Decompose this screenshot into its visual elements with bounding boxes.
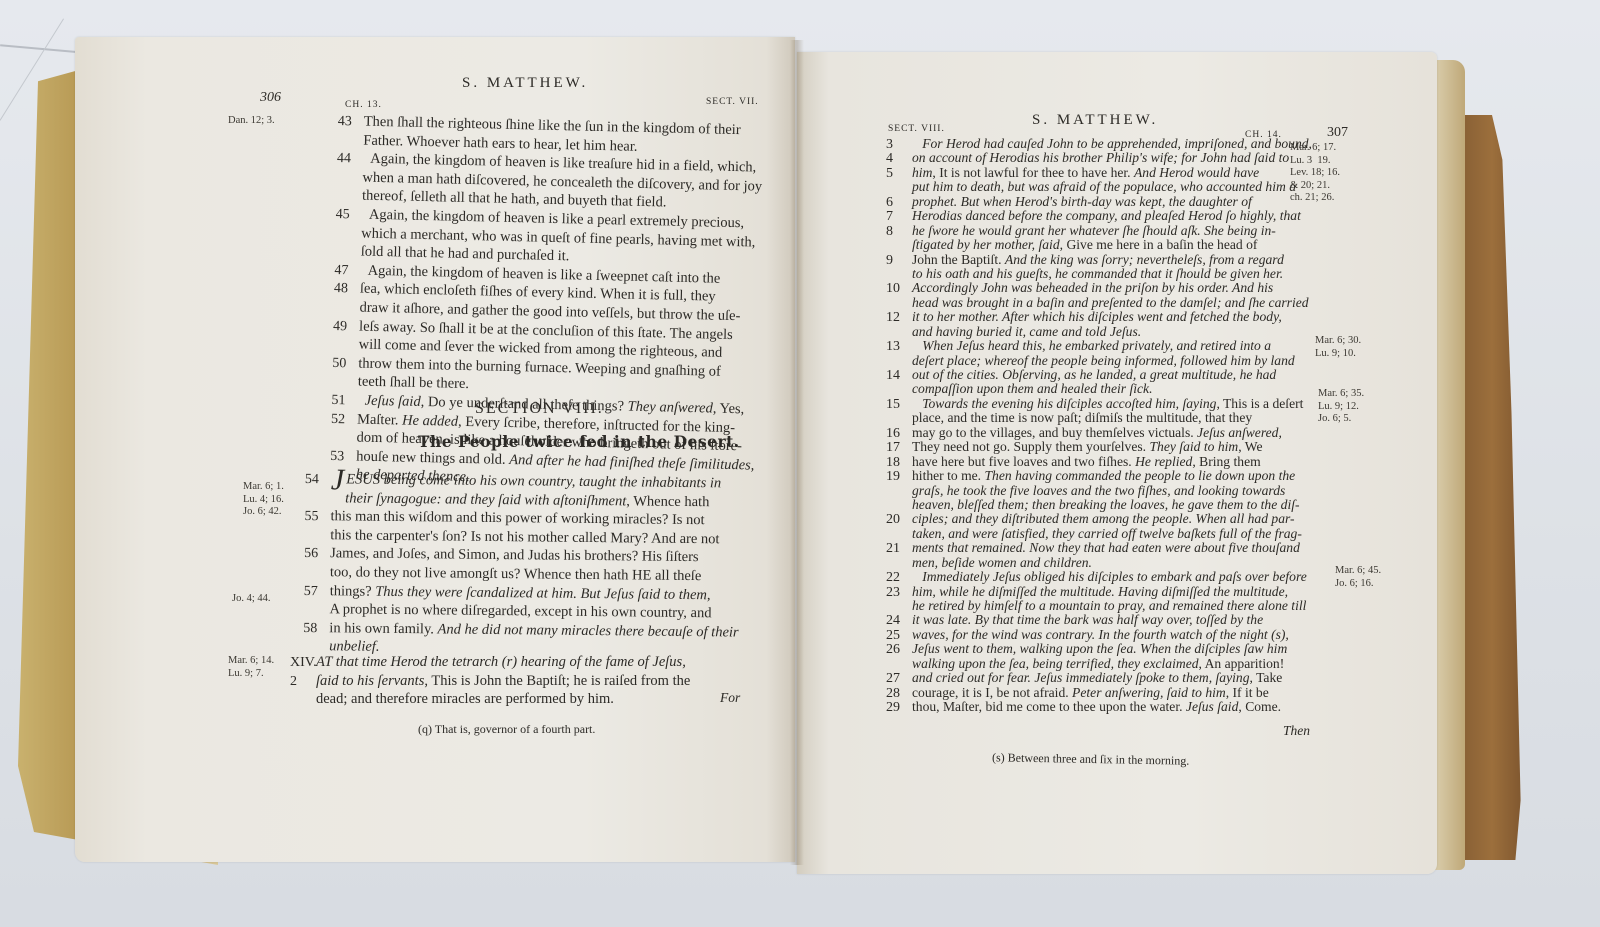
verse-text: hither to me. Then having commanded the …	[912, 468, 1295, 483]
verse-number: 19	[886, 470, 912, 484]
verse-text: him, while he diſmiſſed the multitude. H…	[912, 584, 1288, 599]
verse-number: 13	[886, 340, 912, 354]
verse-number	[336, 181, 362, 182]
margin-reference: Mar. 6; 35. Lu. 9; 12. Jo. 6; 5.	[1318, 388, 1364, 426]
verse-number	[335, 237, 361, 238]
section-ref-right: SECT. VIII.	[888, 124, 945, 134]
verse-text: men, beſide women and children.	[912, 555, 1092, 570]
verse-number: 16	[886, 427, 912, 441]
verse-text: Jeſus went to them, walking upon the ſea…	[912, 641, 1287, 656]
verse-text: thou, Maſter, bid me come to thee upon t…	[912, 699, 1281, 714]
verse-line: 14out of the cities. Obſerving, as he la…	[886, 368, 1312, 382]
page-number-right: 307	[1327, 125, 1348, 141]
verse-text: he ſwore he would grant her whatever ſhe…	[912, 223, 1276, 238]
verse-text: head was brought in a baſin and preſente…	[912, 295, 1309, 310]
verse-line: men, beſide women and children.	[886, 556, 1312, 570]
verse-number: 50	[332, 355, 358, 374]
verse-line: 15 Towards the evening his diſciples acc…	[886, 397, 1312, 411]
verse-number: 47	[334, 262, 360, 281]
verse-text: this the carpenter's ſon? Is not his mot…	[330, 527, 719, 547]
verse-number: 15	[886, 398, 912, 412]
verse-text: ſtigated by her mother, ſaid, Give me he…	[912, 237, 1257, 252]
verse-number	[336, 199, 362, 200]
verse-number: 25	[886, 629, 912, 643]
verse-line: 2ſaid to his ſervants, This is John the …	[290, 672, 690, 691]
verse-text: Immediately Jeſus obliged his diſciples …	[912, 569, 1307, 584]
section-subtitle: The People twice fed in the Desert.	[418, 432, 740, 451]
verse-number	[332, 385, 358, 386]
margin-reference: Jo. 4; 44.	[232, 593, 271, 606]
verse-text: and having buried it, came and told Jeſu…	[912, 324, 1141, 339]
verse-block-ch14-right: 3 For Herod had cauſed John to be appreh…	[886, 137, 1312, 715]
verse-number: 7	[886, 210, 912, 224]
verse-number: 54	[305, 471, 331, 490]
verse-text: ments that remained. Now they that had e…	[912, 540, 1300, 555]
verse-line: 26Jeſus went to them, walking upon the ſ…	[886, 642, 1312, 656]
verse-line: XIV.AT that time Herod the tetrarch (r) …	[290, 653, 690, 672]
catchword-left: For	[720, 690, 740, 706]
verse-number: 18	[886, 456, 912, 470]
verse-line: 3 For Herod had cauſed John to be appreh…	[886, 137, 1312, 151]
verse-block-section-viii: 54JESUS being come into his own country,…	[303, 470, 740, 660]
verse-text: him, It is not lawful for thee to have h…	[912, 165, 1259, 180]
verse-line: 19hither to me. Then having commanded th…	[886, 469, 1312, 483]
page-number-left: 306	[260, 90, 281, 106]
verse-line: he retired by himſelf to a mountain to p…	[886, 599, 1312, 613]
verse-number: 49	[333, 317, 359, 336]
verse-text: prophet. But when Herod's birth-day was …	[912, 194, 1252, 209]
verse-line: walking upon the ſea, being terrified, t…	[886, 657, 1312, 671]
verse-text: out of the cities. Obſerving, as he land…	[912, 367, 1276, 382]
verse-line: put him to death, but was afraid of the …	[886, 180, 1312, 194]
verse-text: it was late. By that time the bark was h…	[912, 612, 1263, 627]
verse-number: 27	[886, 672, 912, 686]
verse-number: 29	[886, 701, 912, 715]
verse-line: compaſſion upon them and healed their ſi…	[886, 382, 1312, 396]
verse-line: 9John the Baptiſt. And the king was ſorr…	[886, 253, 1312, 267]
verse-text: When Jeſus heard this, he embarked priva…	[912, 338, 1271, 353]
margin-reference: Dan. 12; 3.	[228, 115, 275, 128]
verse-text: For Herod had cauſed John to be apprehen…	[912, 136, 1312, 151]
verse-text: too, do they not live amongſt us? Whence…	[330, 564, 702, 584]
catchword-right: Then	[1283, 723, 1310, 739]
verse-number: 24	[886, 614, 912, 628]
verse-line: head was brought in a baſin and preſente…	[886, 296, 1312, 310]
verse-number: 20	[886, 513, 912, 527]
verse-number	[337, 144, 363, 145]
verse-number	[335, 255, 361, 256]
verse-text: James, and Joſes, and Simon, and Judas h…	[330, 546, 699, 566]
verse-number: 57	[304, 583, 330, 602]
verse-text: place, and the time is now paſt; diſmiſs…	[912, 410, 1252, 425]
running-head-right: S. MATTHEW.	[1032, 112, 1158, 129]
verse-line: ſtigated by her mother, ſaid, Give me he…	[886, 238, 1312, 252]
verse-text: to his oath and his gueſts, he commanded…	[912, 266, 1283, 281]
verse-line: 27and cried out for fear. Jeſus immediat…	[886, 671, 1312, 685]
verse-line: 7Herodias danced before the company, and…	[886, 209, 1312, 223]
verse-number: 28	[886, 687, 912, 701]
verse-text: A prophet is no where diſregarded, excep…	[329, 601, 711, 621]
verse-line: 25waves, for the wind was contrary. In t…	[886, 628, 1312, 642]
verse-text: he retired by himſelf to a mountain to p…	[912, 598, 1306, 613]
verse-number: 3	[886, 138, 912, 152]
verse-number: 55	[304, 508, 330, 527]
verse-number: 21	[886, 542, 912, 556]
verse-number: 10	[886, 282, 912, 296]
verse-text: walking upon the ſea, being terrified, t…	[912, 656, 1284, 671]
verse-line: and having buried it, came and told Jeſu…	[886, 325, 1312, 339]
verse-text: on account of Herodias his brother Phili…	[912, 150, 1289, 165]
verse-text: heaven, bleſſed them; then breaking the …	[912, 497, 1300, 512]
verse-line: 6prophet. But when Herod's birth-day was…	[886, 195, 1312, 209]
verse-text: Herodias danced before the company, and …	[912, 208, 1301, 223]
verse-line: 22 Immediately Jeſus obliged his diſcipl…	[886, 570, 1312, 584]
margin-reference: Mar. 6; 14. Lu. 9; 7.	[228, 655, 274, 680]
margin-reference: Mar. 6; 30. Lu. 9; 10.	[1315, 335, 1361, 360]
verse-line: graſs, he took the five loaves and the t…	[886, 484, 1312, 498]
verse-line: 23him, while he diſmiſſed the multitude.…	[886, 585, 1312, 599]
running-head-left: S. MATTHEW.	[462, 75, 588, 92]
verse-number: 48	[334, 280, 360, 299]
verse-text: courage, it is I, be not afraid. Peter a…	[912, 685, 1269, 700]
verse-line: 18have here but five loaves and two fiſh…	[886, 455, 1312, 469]
verse-line: 20ciples; and they diſtributed them amon…	[886, 512, 1312, 526]
verse-text: in his own family. And he did not many m…	[329, 620, 738, 640]
margin-reference: Mar. 6; 1. Lu. 4; 16. Jo. 6; 42.	[243, 481, 284, 519]
chapter-ref-left: CH. 13.	[345, 100, 382, 110]
verse-text: it to her mother. After which his diſcip…	[912, 309, 1282, 324]
verse-number	[333, 311, 359, 312]
verse-number: 14	[886, 369, 912, 383]
footnote-left: (q) That is, governor of a fourth part.	[418, 722, 595, 737]
verse-block-ch14: XIV.AT that time Herod the tetrarch (r) …	[290, 653, 690, 709]
verse-line: 5him, It is not lawful for thee to have …	[886, 166, 1312, 180]
verse-line: 4on account of Herodias his brother Phil…	[886, 151, 1312, 165]
verse-line: 28courage, it is I, be not afraid. Peter…	[886, 686, 1312, 700]
verse-number: 5	[886, 167, 912, 181]
margin-reference: Mar. 6; 45. Jo. 6; 16.	[1335, 565, 1381, 590]
verse-number: 51	[331, 392, 357, 411]
verse-text: ſaid to his ſervants, This is John the B…	[316, 673, 690, 689]
verse-text: deſert place; whereof the people being i…	[912, 353, 1295, 368]
verse-line: 21ments that remained. Now they that had…	[886, 541, 1312, 555]
verse-line: 10Accordingly John was beheaded in the p…	[886, 281, 1312, 295]
verse-text: Accordingly John was beheaded in the pri…	[912, 280, 1273, 295]
verse-line: place, and the time is now paſt; diſmiſs…	[886, 411, 1312, 425]
verse-text: things? Thus they were ſcandalized at hi…	[330, 583, 711, 603]
verse-line: deſert place; whereof the people being i…	[886, 354, 1312, 368]
verse-line: 8he ſwore he would grant her whatever ſh…	[886, 224, 1312, 238]
verse-text: and cried out for fear. Jeſus immediatel…	[912, 670, 1282, 685]
verse-text: They need not go. Supply them yourſelves…	[912, 439, 1263, 454]
verse-text: this man this wiſdom and this power of w…	[330, 508, 704, 528]
verse-line: 17They need not go. Supply them yourſelv…	[886, 440, 1312, 454]
verse-line: taken, and were ſatisfied, they carried …	[886, 527, 1312, 541]
verse-number: 26	[886, 643, 912, 657]
verse-line: 12it to her mother. After which his diſc…	[886, 310, 1312, 324]
verse-line: to his oath and his gueſts, he commanded…	[886, 267, 1312, 281]
verse-number: 6	[886, 196, 912, 210]
verse-text: put him to death, but was afraid of the …	[912, 179, 1296, 194]
book-gutter	[790, 40, 804, 865]
verse-number: 22	[886, 571, 912, 585]
verse-number: 8	[886, 225, 912, 239]
verse-line: dead; and therefore miracles are perform…	[290, 690, 690, 709]
verse-number: 58	[303, 620, 329, 639]
verse-number	[333, 348, 359, 349]
verse-text: their ſynagogue: and they ſaid with aſto…	[331, 490, 710, 510]
verse-text: have here but five loaves and two fiſhes…	[912, 454, 1261, 469]
verse-line: 13 When Jeſus heard this, he embarked pr…	[886, 339, 1312, 353]
verse-text: AT that time Herod the tetrarch (r) hear…	[316, 654, 686, 670]
verse-number: 2	[290, 673, 316, 692]
verse-number: 17	[886, 441, 912, 455]
verse-number: 56	[304, 545, 330, 564]
verse-number: 4	[886, 152, 912, 166]
verse-text: taken, and were ſatisfied, they carried …	[912, 526, 1302, 541]
verse-number: 9	[886, 254, 912, 268]
verse-line: 24it was late. By that time the bark was…	[886, 613, 1312, 627]
verse-number: 44	[337, 150, 363, 169]
verse-number	[331, 441, 357, 442]
verse-text: John the Baptiſt. And the king was ſorry…	[912, 252, 1284, 267]
section-heading: SECTION VIII.	[475, 400, 604, 418]
verse-number: 23	[886, 586, 912, 600]
verse-text: teeth ſhall be there.	[358, 374, 469, 393]
verse-number: XIV.	[290, 654, 316, 673]
verse-text: graſs, he took the five loaves and the t…	[912, 483, 1285, 498]
verse-text: waves, for the wind was contrary. In the…	[912, 627, 1289, 642]
verse-text: compaſſion upon them and healed their ſi…	[912, 381, 1153, 396]
verse-number: 43	[338, 113, 364, 132]
verse-text: ciples; and they diſtributed them among …	[912, 511, 1295, 526]
verse-text: JESUS being come into his own country, t…	[331, 471, 721, 491]
verse-text: may go to the villages, and buy themſelv…	[912, 425, 1282, 440]
verse-text: Towards the evening his diſciples accoſt…	[912, 396, 1303, 411]
verse-number: 52	[331, 410, 357, 429]
verse-number: 45	[335, 206, 361, 225]
section-ref-left: SECT. VII.	[706, 97, 759, 107]
verse-line: 16may go to the villages, and buy themſe…	[886, 426, 1312, 440]
verse-line: 29thou, Maſter, bid me come to thee upon…	[886, 700, 1312, 714]
verse-line: heaven, bleſſed them; then breaking the …	[886, 498, 1312, 512]
verse-text: dead; and therefore miracles are perform…	[316, 691, 614, 707]
verse-number: 12	[886, 311, 912, 325]
